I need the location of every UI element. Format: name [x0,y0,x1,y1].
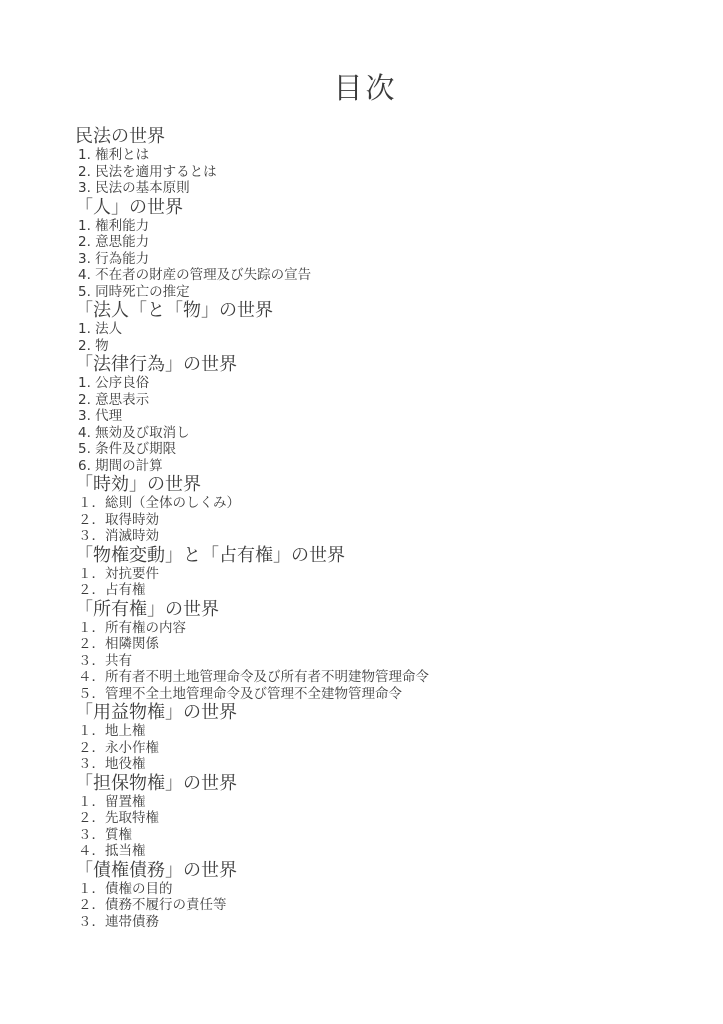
toc-item: ２．占有権 [75,582,683,599]
toc-item: １．総則（全体のしくみ） [75,495,683,512]
toc-section-heading: 「法律行為」の世界 [75,354,683,375]
toc-item: ２．相隣関係 [75,636,683,653]
toc-section-heading: 「物権変動」と「占有権」の世界 [75,545,683,566]
toc-item: 2. 民法を適用するとは [75,164,683,181]
toc-item: １．所有権の内容 [75,620,683,637]
toc-item: 4. 無効及び取消し [75,425,683,442]
toc-item: ３．地役権 [75,756,683,773]
toc-item: 1. 法人 [75,321,683,338]
toc-item: 1. 権利とは [75,147,683,164]
toc-item: 1. 権利能力 [75,218,683,235]
toc-item: ３．共有 [75,653,683,670]
toc-item: １．留置権 [75,794,683,811]
toc-item: ５．管理不全土地管理命令及び管理不全建物管理命令 [75,686,683,703]
toc-item: 1. 公序良俗 [75,375,683,392]
toc-section-heading: 民法の世界 [75,126,683,147]
toc-item: 3. 民法の基本原則 [75,180,683,197]
toc-item: 5. 条件及び期限 [75,441,683,458]
toc-item: 6. 期間の計算 [75,458,683,475]
toc-item: ４．所有者不明土地管理命令及び所有者不明建物管理命令 [75,669,683,686]
document-page: 目次 民法の世界1. 権利とは2. 民法を適用するとは3. 民法の基本原則「人」… [0,0,723,1024]
toc-section-heading: 「担保物権」の世界 [75,773,683,794]
toc-item: 3. 代理 [75,408,683,425]
toc-section-heading: 「所有権」の世界 [75,599,683,620]
toc-item: １．対抗要件 [75,566,683,583]
table-of-contents: 民法の世界1. 権利とは2. 民法を適用するとは3. 民法の基本原則「人」の世界… [0,126,723,930]
toc-item: ２．取得時効 [75,512,683,529]
toc-item: ４．抵当権 [75,843,683,860]
toc-item: 2. 意思能力 [75,234,683,251]
toc-item: ３．連帯債務 [75,914,683,931]
toc-item: 4. 不在者の財産の管理及び失踪の宣告 [75,267,683,284]
toc-item: 5. 同時死亡の推定 [75,284,683,301]
toc-item: 2. 物 [75,338,683,355]
toc-section-heading: 「債権債務」の世界 [75,860,683,881]
toc-section-heading: 「法人「と「物」の世界 [75,300,683,321]
toc-item: 3. 行為能力 [75,251,683,268]
toc-item: １．債権の目的 [75,881,683,898]
toc-section-heading: 「時効」の世界 [75,474,683,495]
toc-item: ３．消滅時効 [75,528,683,545]
toc-section-heading: 「人」の世界 [75,197,683,218]
toc-item: ２．永小作権 [75,740,683,757]
toc-item: 2. 意思表示 [75,392,683,409]
toc-item: ２．債務不履行の責任等 [75,897,683,914]
toc-item: ３．質権 [75,827,683,844]
toc-item: ２．先取特権 [75,810,683,827]
toc-item: １．地上権 [75,723,683,740]
toc-section-heading: 「用益物権」の世界 [75,702,683,723]
page-title: 目次 [8,73,723,103]
